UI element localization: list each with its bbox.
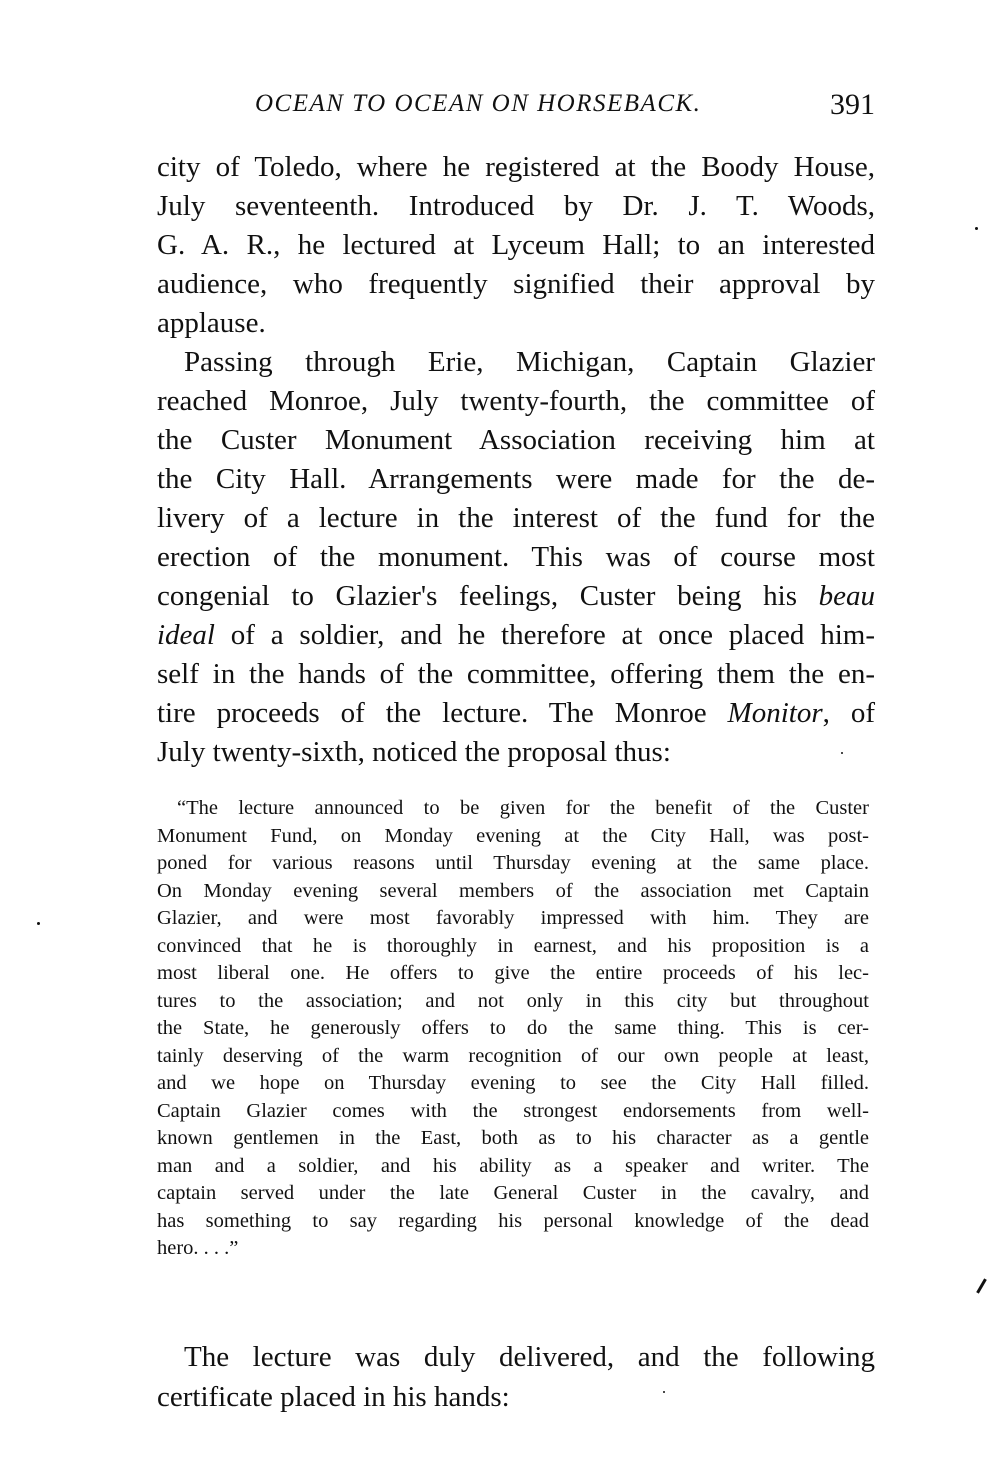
italic-ideal: ideal (157, 619, 215, 651)
text-line-with-italic: congenial to Glazier's feelings, Custer … (157, 577, 875, 616)
text-line: G. A. R., he lectured at Lyceum Hall; to… (157, 226, 875, 265)
text-span: of a soldier, and he therefore at once p… (231, 619, 875, 651)
quote-line: poned for various reasons until Thursday… (157, 850, 869, 878)
running-title: OCEAN TO OCEAN ON HORSEBACK. (255, 90, 701, 118)
quote-line: most liberal one. He offers to give the … (157, 960, 869, 988)
quote-line: Glazier, and were most favorably impress… (157, 905, 869, 933)
scan-speck (663, 1391, 665, 1393)
quote-line: man and a soldier, and his ability as a … (157, 1153, 869, 1181)
quote-line: “The lecture announced to be given for t… (157, 795, 869, 823)
text-line: erection of the monument. This was of co… (157, 538, 875, 577)
text-line: audience, who frequently signified their… (157, 265, 875, 304)
quote-line: captain served under the late General Cu… (157, 1180, 869, 1208)
quote-line: tures to the association; and not only i… (157, 988, 869, 1016)
quote-line: Captain Glazier comes with the strongest… (157, 1098, 869, 1126)
italic-monitor: Monitor (728, 697, 823, 729)
text-line: livery of a lecture in the interest of t… (157, 499, 875, 538)
scan-speck (841, 752, 843, 754)
quote-line: On Monday evening several members of the… (157, 878, 869, 906)
paragraph-2: Passing through Erie, Michigan, Captain … (157, 343, 875, 772)
quote-line: hero. . . .” (157, 1235, 869, 1263)
text-line: July seventeenth. Introduced by Dr. J. T… (157, 187, 875, 226)
quote-line: Monument Fund, on Monday evening at the … (157, 823, 869, 851)
page-number: 391 (830, 88, 875, 122)
paragraph-1: city of Toledo, where he registered at t… (157, 148, 875, 343)
text-span: tire proceeds of the lecture. The Monroe (157, 697, 707, 729)
text-line: applause. (157, 304, 875, 343)
page-header: OCEAN TO OCEAN ON HORSEBACK. 391 (255, 88, 875, 128)
block-quote: “The lecture announced to be given for t… (157, 795, 869, 1263)
italic-beau: beau (819, 580, 875, 612)
text-line: reached Monroe, July twenty-fourth, the … (157, 382, 875, 421)
quote-line: convinced that he is thoroughly in earne… (157, 933, 869, 961)
text-span: , of (823, 697, 875, 729)
quote-line: has something to say regarding his perso… (157, 1208, 869, 1236)
quote-line: and we hope on Thursday evening to see t… (157, 1070, 869, 1098)
text-line: July twenty-sixth, noticed the proposal … (157, 733, 875, 772)
quote-line: known gentlemen in the East, both as to … (157, 1125, 869, 1153)
scan-speck (37, 922, 40, 925)
paragraph-3: The lecture was duly delivered, and the … (157, 1337, 875, 1417)
text-line: The lecture was duly delivered, and the … (157, 1337, 875, 1377)
quote-line: tainly deserving of the warm recognition… (157, 1043, 869, 1071)
quote-line: the State, he generously offers to do th… (157, 1015, 869, 1043)
text-line: the Custer Monument Association receivin… (157, 421, 875, 460)
text-line-with-italic: tire proceeds of the lecture. The Monroe… (157, 694, 875, 733)
text-line: the City Hall. Arrangements were made fo… (157, 460, 875, 499)
scan-mark (976, 1278, 987, 1293)
text-line: city of Toledo, where he registered at t… (157, 148, 875, 187)
text-line: certificate placed in his hands: (157, 1377, 875, 1417)
text-line-with-italic: ideal of a soldier, and he therefore at … (157, 616, 875, 655)
text-line: Passing through Erie, Michigan, Captain … (157, 343, 875, 382)
text-span: congenial to Glazier's feelings, Custer … (157, 580, 797, 612)
scan-speck (975, 227, 978, 230)
text-line: self in the hands of the committee, offe… (157, 655, 875, 694)
